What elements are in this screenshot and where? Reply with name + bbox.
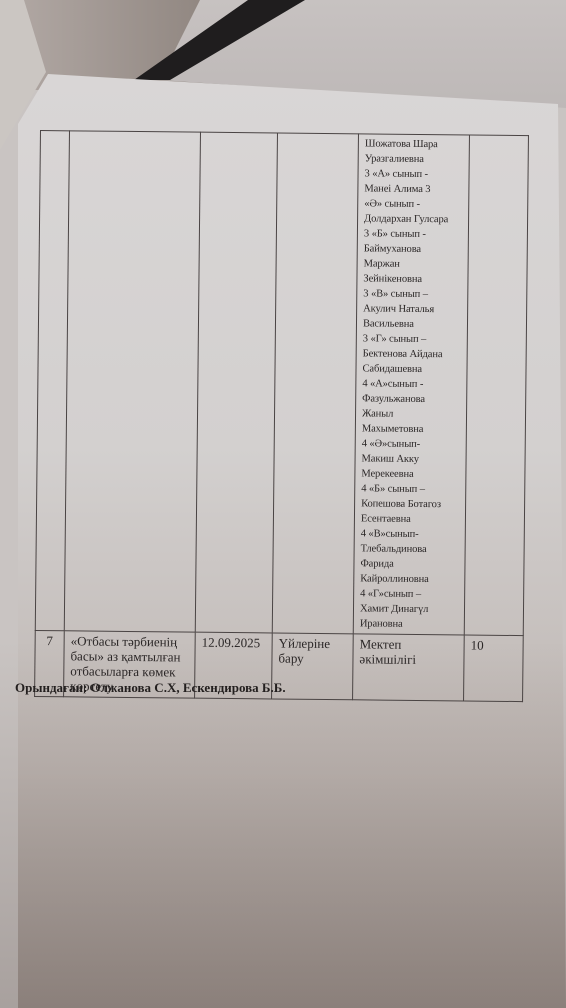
responsible-name-line: Бектенова Айдана: [363, 346, 461, 362]
cell-responsible-names: Шожатова ШараУразгалиевна3 «А» сынып -Ма…: [353, 134, 469, 635]
responsible-name-line: 4 «В»сынып-: [361, 526, 459, 542]
responsible-name-line: Мерекеевна: [361, 466, 459, 482]
responsible-name-line: Фарида: [360, 556, 458, 572]
responsible-name-line: 4 «Ә»сынып-: [362, 436, 460, 452]
responsible-name-line: 4 «А»сынып -: [362, 376, 460, 392]
responsible-name-line: 3 «Г» сынып –: [363, 331, 461, 347]
responsible-name-line: Манеі Алима 3: [364, 181, 462, 197]
responsible-name-line: 3 «В» сынып –: [363, 286, 461, 302]
responsible-name-line: Тлебальдинова: [361, 541, 459, 557]
responsible-name-line: Шожатова Шара: [365, 136, 463, 152]
responsible-name-line: Баймуханова: [364, 241, 462, 257]
responsible-name-line: Жаныл: [362, 406, 460, 422]
responsible-name-line: 4 «Г»сынып –: [360, 586, 458, 602]
responsible-name-line: «Ә» сынып -: [364, 196, 462, 212]
responsible-name-line: Хамит Динагүл: [360, 601, 458, 617]
responsible-name-line: Фазульжанова: [362, 391, 460, 407]
responsible-name-line: 3 «Б» сынып -: [364, 226, 462, 242]
participant-count: 10: [464, 635, 524, 702]
responsible-name-line: Копешова Ботагоз: [361, 496, 459, 512]
cell-form: [272, 133, 358, 634]
responsible-name-line: Сабидашевна: [362, 361, 460, 377]
responsible-name-line: Васильевна: [363, 316, 461, 332]
cell-event: [64, 131, 200, 632]
table-row-continued: Шожатова ШараУразгалиевна3 «А» сынып -Ма…: [35, 131, 528, 636]
responsible-name-line: Макиш Акку: [361, 451, 459, 467]
cell-date: [195, 132, 277, 633]
responsible-name-line: 4 «Б» сынып –: [361, 481, 459, 497]
responsible-name-line: Акулич Наталья: [363, 301, 461, 317]
responsible-name-line: 3 «А» сынып -: [364, 166, 462, 182]
responsible-name-line: Есентаевна: [361, 511, 459, 527]
responsible-name-line: Маржан: [364, 256, 462, 272]
responsible-name-line: Кайроллиновна: [360, 571, 458, 587]
cell-count: [464, 135, 528, 636]
signature-line: Орындаған: Олжанова С.Х, Ескендирова Б.Б…: [15, 680, 286, 696]
event-responsible: Мектеп әкімшілігі: [353, 634, 465, 701]
activity-table: Шожатова ШараУразгалиевна3 «А» сынып -Ма…: [34, 130, 529, 702]
responsible-name-line: Махыметовна: [362, 421, 460, 437]
responsible-name-line: Ирановна: [360, 616, 458, 632]
responsible-name-line: Уразгалиевна: [365, 151, 463, 167]
responsible-name-line: Зейнікеновна: [363, 271, 461, 287]
responsible-name-line: Долдархан Гулсара: [364, 211, 462, 227]
